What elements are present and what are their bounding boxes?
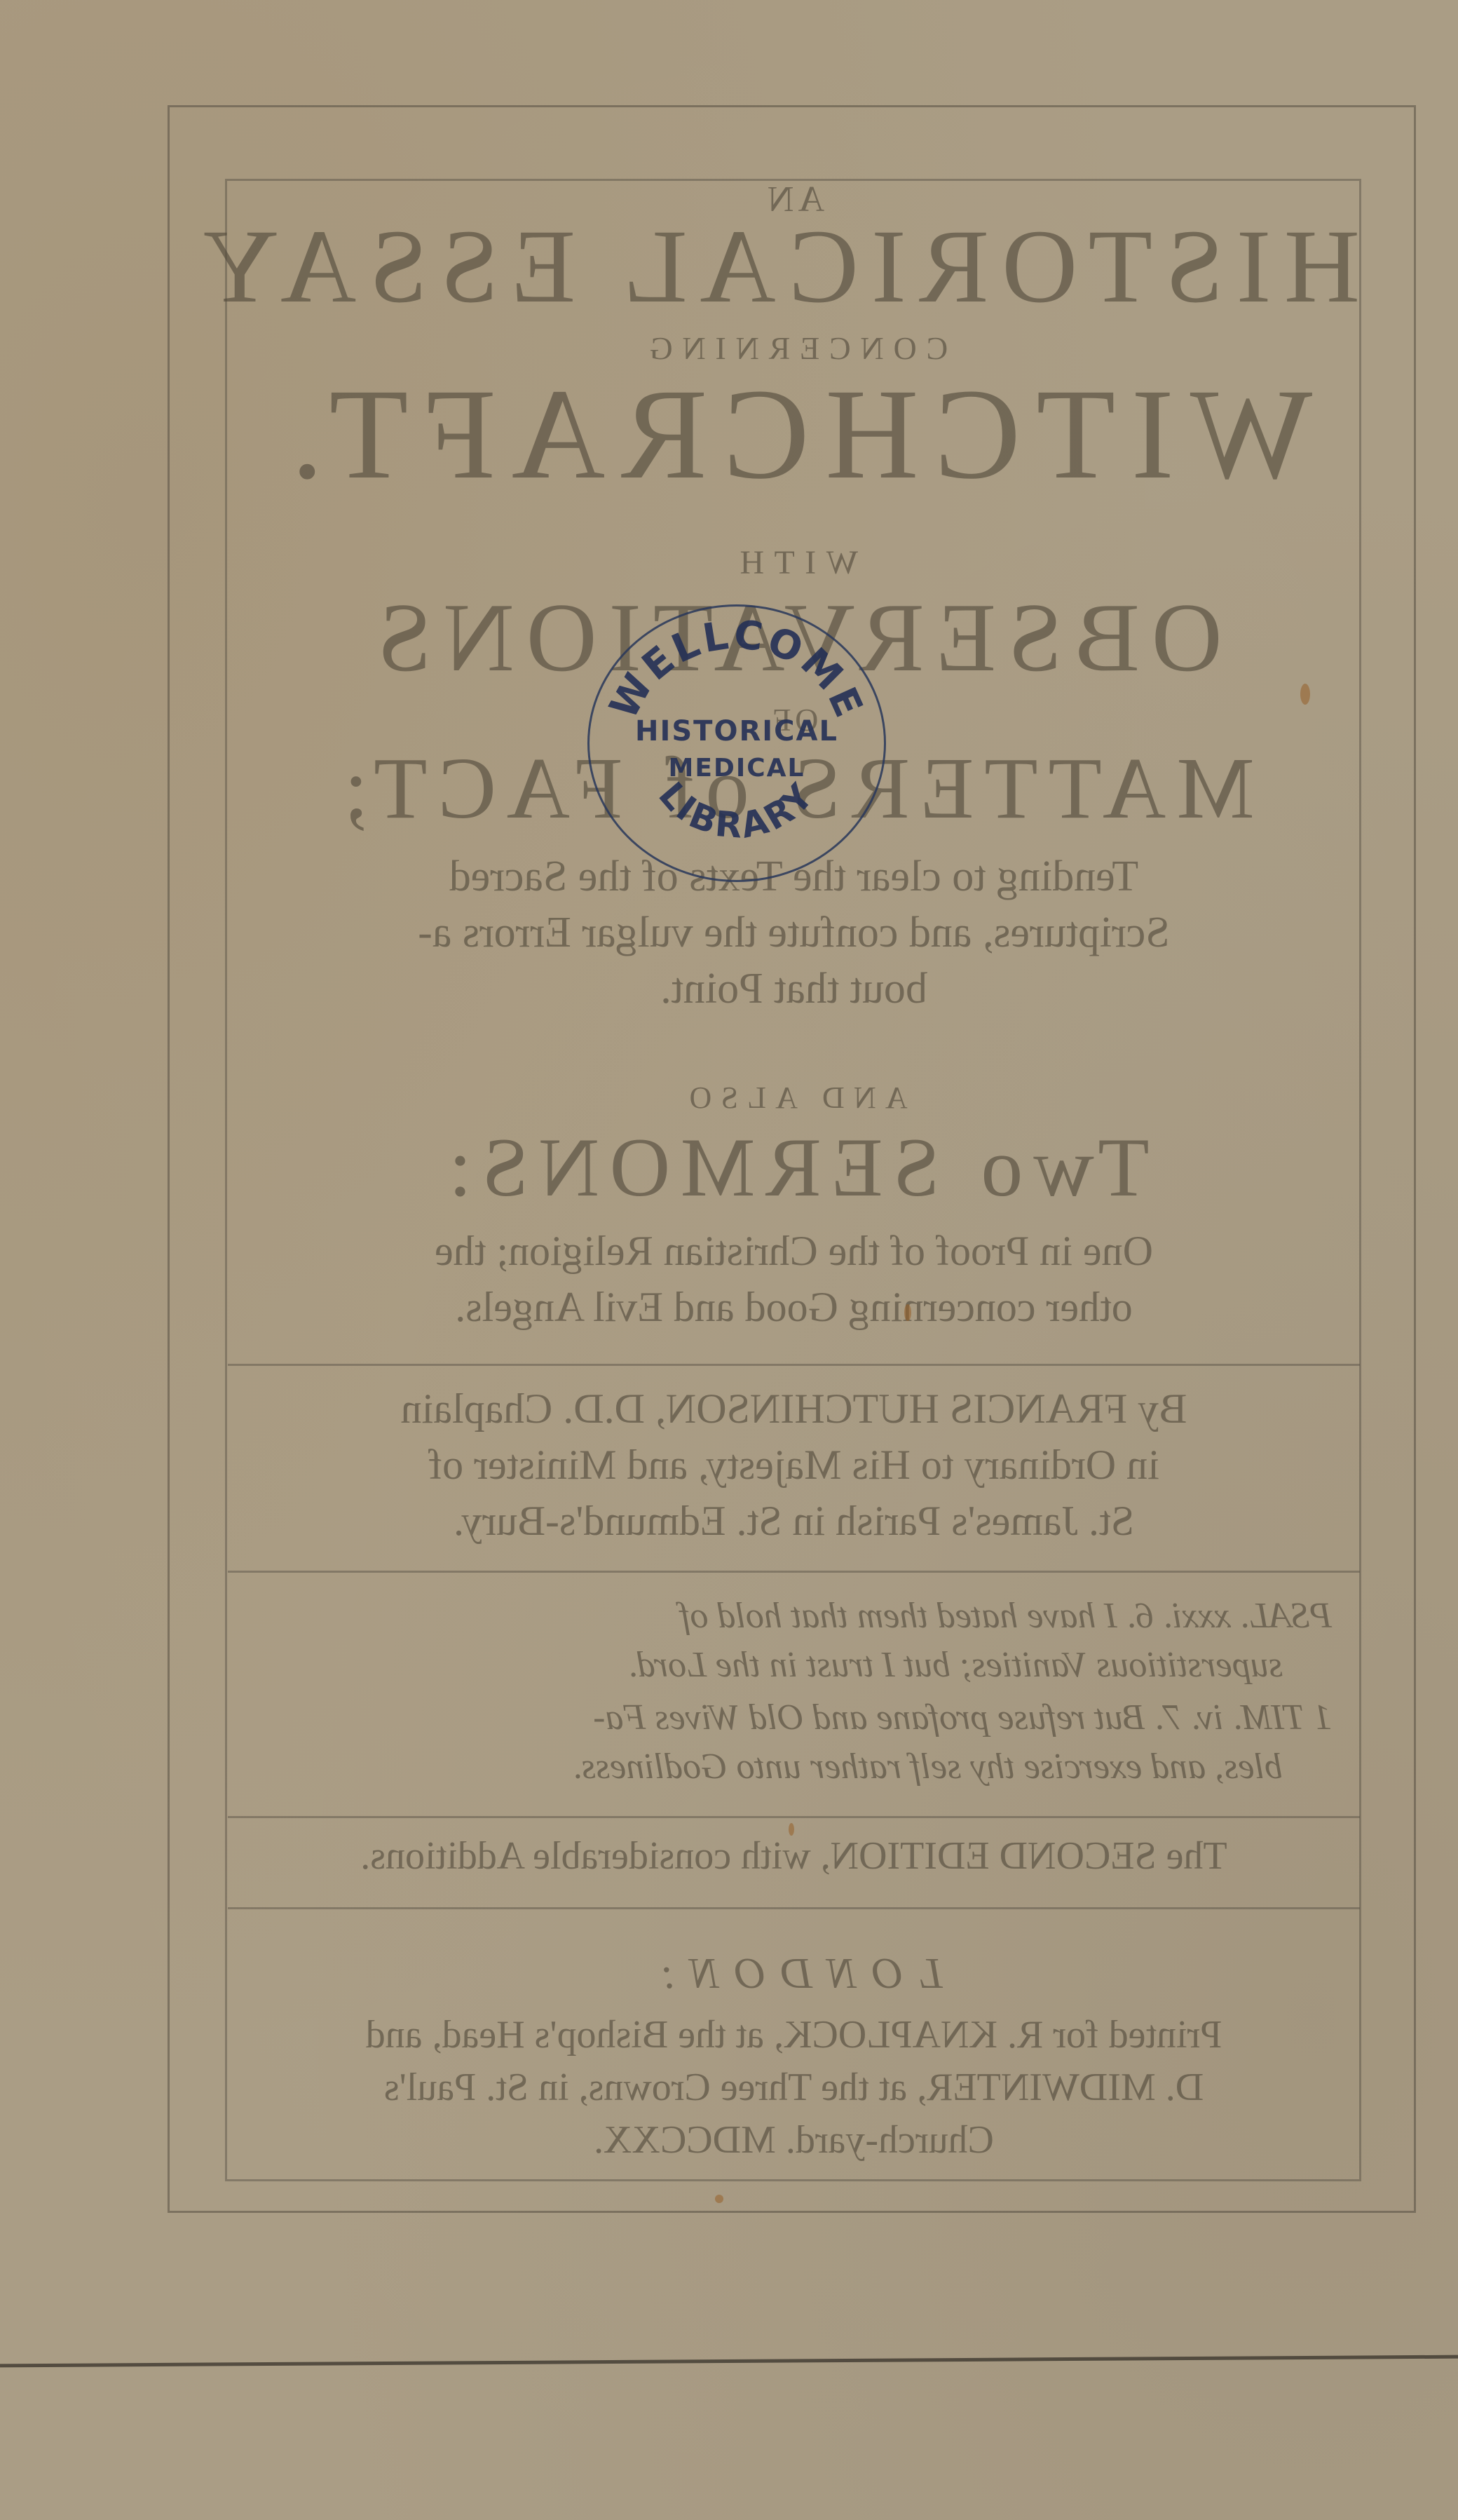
divider-rule xyxy=(228,1364,1360,1366)
epigraph-line: superstitious Vanities; but I trust in t… xyxy=(228,1644,1360,1686)
svg-text:LIBRARY: LIBRARY xyxy=(650,774,822,846)
mirrored-title-page: AN HISTORICAL ESSAY CONCERNING WITCHCRAF… xyxy=(0,0,1458,2520)
epigraph-line: bles, and exercise thy self rather unto … xyxy=(228,1746,1360,1787)
and-also-label: AND ALSO xyxy=(228,1080,1360,1116)
library-stamp: WELLCOME LIBRARY HISTORICAL MEDICAL xyxy=(587,604,886,882)
sermons-description: One in Proof of the Christian Religion; … xyxy=(228,1227,1360,1275)
foxing-spot xyxy=(1300,684,1310,705)
epigraph-line: PSAL. xxxi. 6. I have hated them that ho… xyxy=(228,1595,1360,1637)
imprint-line: D. MIDWINTER, at the Three Crowns, in St… xyxy=(228,2065,1360,2110)
concerning-label: CONCERNING xyxy=(228,330,1360,367)
foxing-spot xyxy=(904,1304,911,1321)
title-line-historical-essay: HISTORICAL ESSAY xyxy=(228,210,1360,323)
title-line-witchcraft: WITCHCRAFT. xyxy=(228,368,1360,501)
imprint-line: Church-yard. MDCCXX. xyxy=(228,2118,1360,2162)
stamp-bottom-arc: LIBRARY xyxy=(650,774,822,846)
author-line: By FRANCIS HUTCHINSON, D.D. Chaplain xyxy=(228,1385,1360,1433)
divider-rule xyxy=(228,1816,1360,1818)
stamp-line-historical: HISTORICAL xyxy=(590,715,884,747)
divider-rule xyxy=(228,1571,1360,1573)
author-line: in Ordinary to His Majesty, and Minister… xyxy=(228,1441,1360,1489)
foxing-spot xyxy=(789,1823,794,1836)
divider-rule xyxy=(228,1907,1360,1909)
sermons-description: other concerning Good and Evil Angels. xyxy=(228,1283,1360,1332)
imprint-place: LONDON: xyxy=(228,1949,1360,1999)
edition-statement: The SECOND EDITION, with considerable Ad… xyxy=(228,1834,1360,1878)
author-line: St. James's Parish in St. Edmund's-Bury. xyxy=(228,1497,1360,1545)
imprint-line: Printed for R. KNAPLOCK, at the Bishop's… xyxy=(228,2012,1360,2057)
epigraph-line: 1 TIM. iv. 7. But refuse profane and Old… xyxy=(228,1697,1360,1738)
page-edge-shadow-line xyxy=(0,2355,1458,2368)
foxing-spot xyxy=(715,2195,723,2203)
stamp-line-medical: MEDICAL xyxy=(590,754,884,783)
title-line-two-sermons: Two SERMONS: xyxy=(228,1122,1360,1213)
stamp-top-arc: WELLCOME xyxy=(601,612,872,726)
svg-text:WELLCOME: WELLCOME xyxy=(601,612,872,726)
subtitle-line: Scriptures, and confute the vulgar Error… xyxy=(228,908,1360,958)
subtitle-line: bout that Point. xyxy=(228,964,1360,1014)
with-label: WITH xyxy=(228,543,1360,582)
